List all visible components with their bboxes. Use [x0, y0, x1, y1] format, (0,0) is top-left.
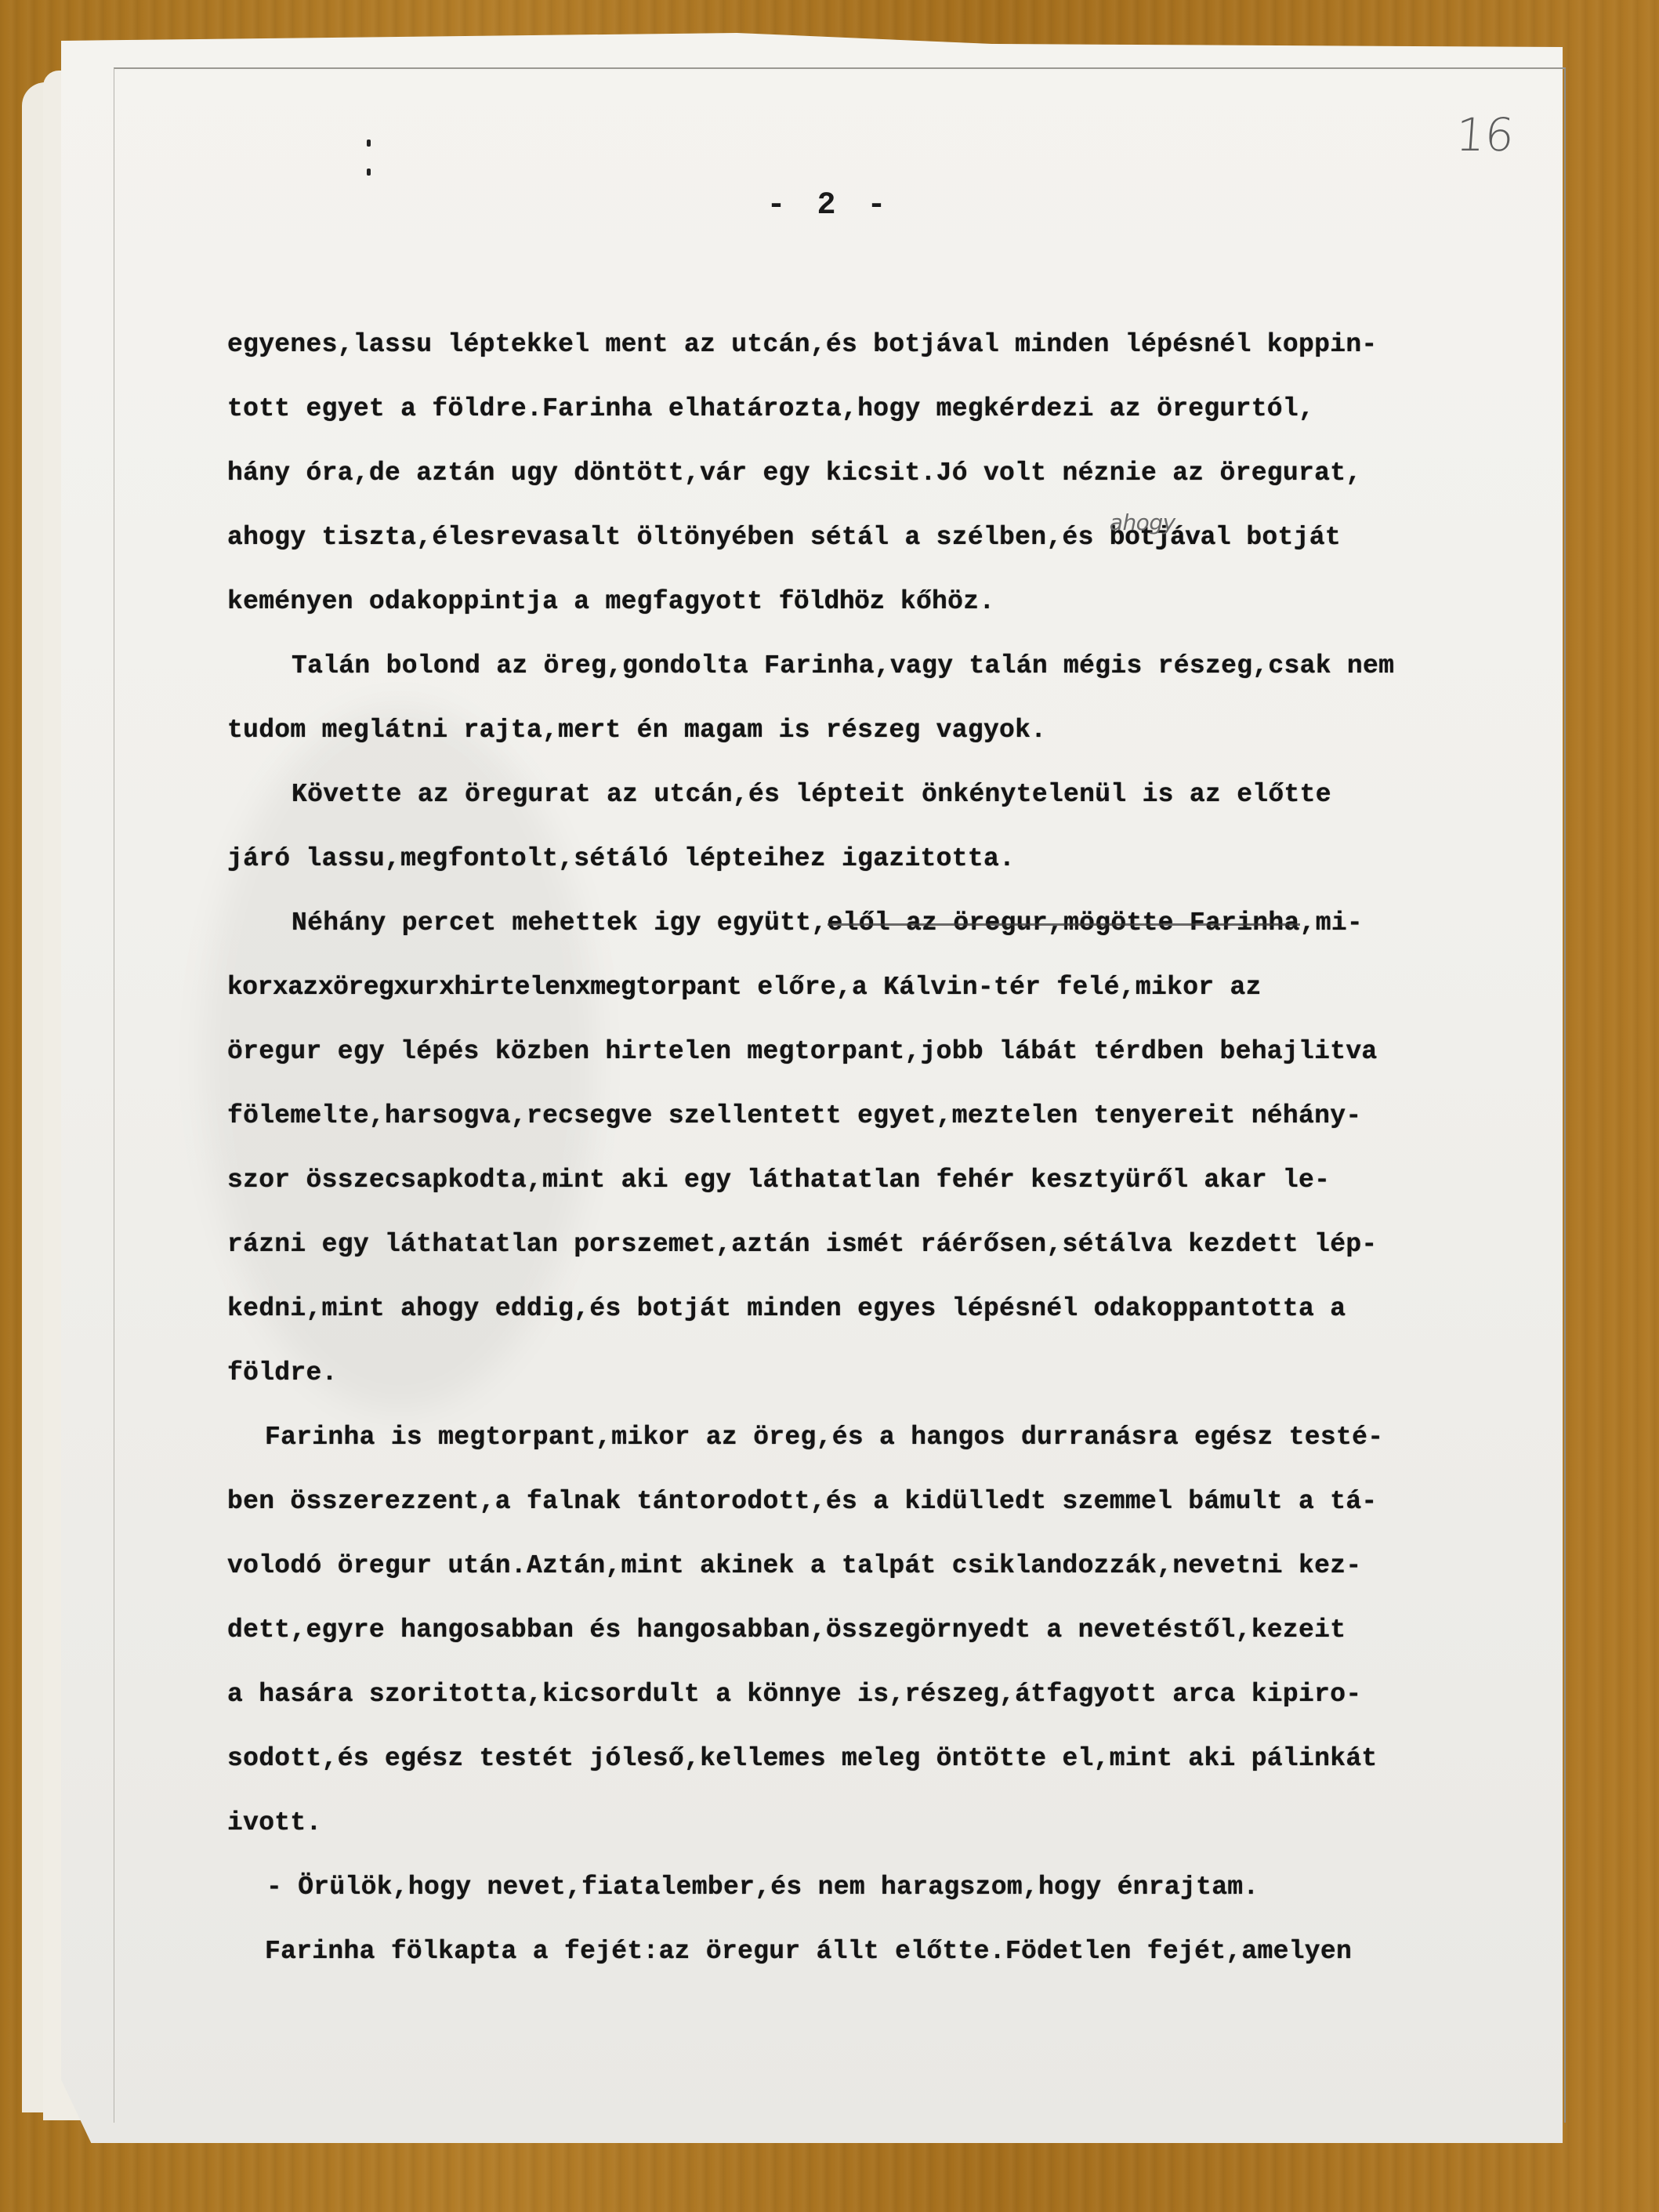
line-text: fölemelte,harsogva,recsegve szellentett … — [227, 1101, 1361, 1130]
text-line: volodó öregur után.Aztán,mint akinek a t… — [227, 1543, 1544, 1607]
text-line: keményen odakoppintja a megfagyott földh… — [227, 578, 1544, 643]
line-text: kőhöz. — [885, 587, 995, 616]
line-text: a hasára szoritotta,kicsordult a könnye … — [227, 1680, 1361, 1709]
text-line: a hasára szoritotta,kicsordult a könnye … — [227, 1671, 1544, 1735]
line-text: Követte az öregurat az utcán,és lépteit … — [292, 780, 1331, 809]
line-text: volodó öregur után.Aztán,mint akinek a t… — [227, 1551, 1361, 1580]
text-line: egyenes,lassu léptekkel ment az utcán,és… — [227, 321, 1544, 386]
line-text: ben összerezzent,a falnak tántorodott,és… — [227, 1487, 1378, 1516]
line-text: tott egyet a földre.Farinha elhatározta,… — [227, 394, 1314, 423]
overstruck-word: korxazxöregxurxhirtelenxmegtorpant — [227, 973, 741, 1002]
line-text: öregur egy lépés közben hirtelen megtorp… — [227, 1037, 1378, 1066]
text-line: tudom meglátni rajta,mert én magam is ré… — [227, 707, 1544, 771]
text-line: járó lassu,megfontolt,sétáló lépteihez i… — [227, 836, 1544, 900]
line-text: előre,a Kálvin-tér felé,mikor az — [741, 973, 1261, 1002]
line-text: ,mi- — [1300, 908, 1363, 937]
line-text: tudom meglátni rajta,mert én magam is ré… — [227, 716, 1046, 745]
text-line: ahogy tiszta,élesrevasalt öltönyében sét… — [227, 514, 1544, 578]
line-text: Farinha is megtorpant,mikor az öreg,és a… — [265, 1423, 1383, 1452]
line-text: kedni,mint ahogy eddig,és botját minden … — [227, 1294, 1346, 1323]
line-text: járó lassu,megfontolt,sétáló lépteihez i… — [227, 844, 1015, 873]
text-line: Farinha fölkapta a fejét:az öregur állt … — [227, 1928, 1544, 1993]
text-line: szor összecsapkodta,mint aki egy láthata… — [227, 1157, 1544, 1221]
handwritten-correction: ahogy — [1110, 499, 1175, 546]
text-line: - Örülök,hogy nevet,fiatalember,és nem h… — [227, 1864, 1544, 1928]
folio-number: 16 — [1454, 108, 1516, 161]
typed-text-body: egyenes,lassu léptekkel ment az utcán,és… — [227, 321, 1544, 1993]
line-text: hány óra,de aztán ugy döntött,vár egy ki… — [227, 459, 1361, 488]
line-text: földre. — [227, 1358, 338, 1387]
text-line: tott egyet a földre.Farinha elhatározta,… — [227, 386, 1544, 450]
line-text: ivott. — [227, 1808, 322, 1837]
text-line: öregur egy lépés közben hirtelen megtorp… — [227, 1028, 1544, 1093]
line-text: ahogy tiszta,élesrevasalt öltönyében sét… — [227, 523, 1110, 552]
text-line: dett,egyre hangosabban és hangosabban,ös… — [227, 1607, 1544, 1671]
page-number: - 2 - — [0, 188, 1659, 223]
line-text: Farinha fölkapta a fejét:az öregur állt … — [265, 1937, 1352, 1966]
line-text: rázni egy láthatatlan porszemet,aztán is… — [227, 1230, 1378, 1259]
text-line: földre. — [227, 1350, 1544, 1414]
overstruck-word: botjávalahogy — [1110, 523, 1230, 552]
text-line: Talán bolond az öreg,gondolta Farinha,va… — [227, 643, 1544, 707]
line-text: sodott,és egész testét jóleső,kellemes m… — [227, 1744, 1378, 1773]
pencil-strikethrough: elől az öregur,mögötte Farinha — [828, 908, 1300, 937]
text-line: Néhány percet mehettek igy együtt,elől a… — [227, 900, 1544, 964]
text-line: ben összerezzent,a falnak tántorodott,és… — [227, 1478, 1544, 1543]
text-line: ivott. — [227, 1800, 1544, 1864]
overstruck-word: földhöz — [779, 587, 885, 616]
text-line: hány óra,de aztán ugy döntött,vár egy ki… — [227, 450, 1544, 514]
text-line: kedni,mint ahogy eddig,és botját minden … — [227, 1285, 1544, 1350]
text-line: Farinha is megtorpant,mikor az öreg,és a… — [227, 1414, 1544, 1478]
line-text: egyenes,lassu léptekkel ment az utcán,és… — [227, 330, 1378, 359]
line-text: Talán bolond az öreg,gondolta Farinha,va… — [292, 651, 1394, 680]
text-line: Követte az öregurat az utcán,és lépteit … — [227, 771, 1544, 836]
text-line: fölemelte,harsogva,recsegve szellentett … — [227, 1093, 1544, 1157]
text-line: rázni egy láthatatlan porszemet,aztán is… — [227, 1221, 1544, 1285]
line-text: szor összecsapkodta,mint aki egy láthata… — [227, 1166, 1330, 1195]
line-text: botját — [1230, 523, 1341, 552]
line-text: - Örülök,hogy nevet,fiatalember,és nem h… — [266, 1873, 1259, 1902]
line-text: Néhány percet mehettek igy együtt, — [292, 908, 828, 937]
line-text: keményen odakoppintja a megfagyott — [227, 587, 779, 616]
line-text: dett,egyre hangosabban és hangosabban,ös… — [227, 1615, 1346, 1644]
text-line: korxazxöregxurxhirtelenxmegtorpant előre… — [227, 964, 1544, 1028]
text-line: sodott,és egész testét jóleső,kellemes m… — [227, 1735, 1544, 1800]
